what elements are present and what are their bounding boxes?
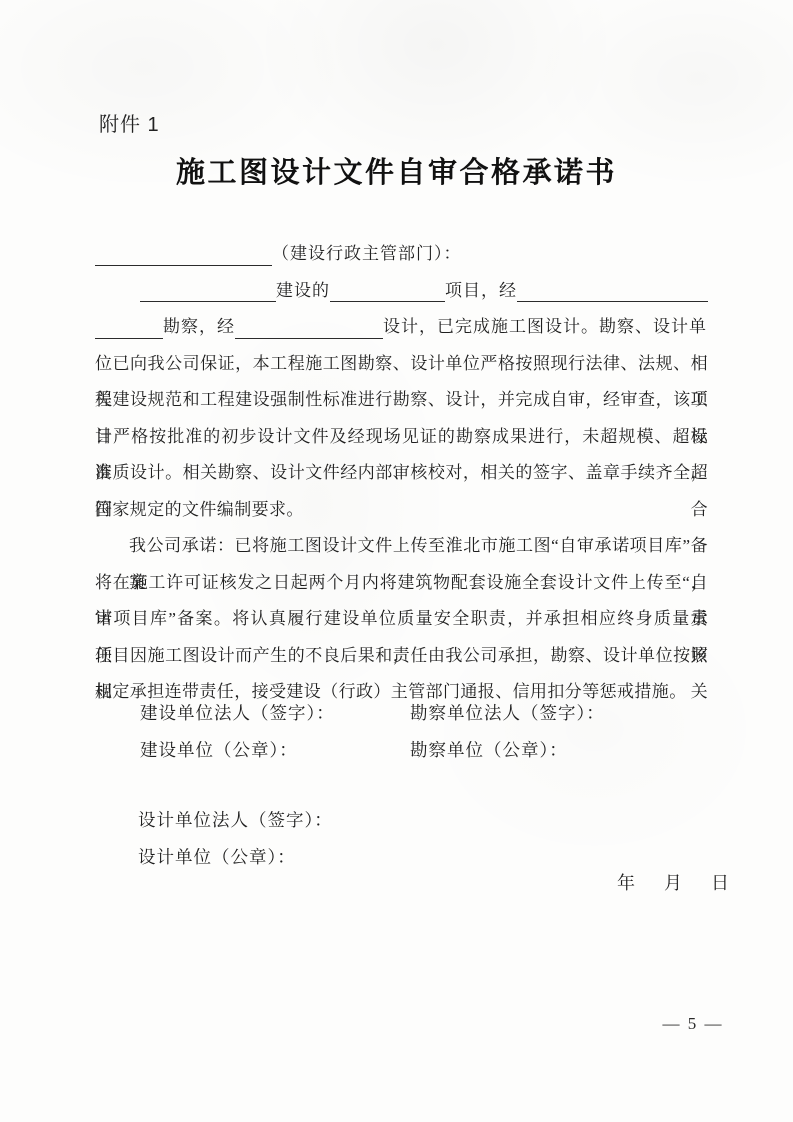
survey-by-label: 勘察，经 [163, 309, 235, 346]
authority-label: （建设行政主管部门）： [272, 236, 462, 273]
date-year-label: 年 [617, 869, 635, 895]
survey-blank-field [95, 338, 163, 339]
para1-line: 计严格按批准的初步设计文件及经现场见证的勘察成果进行，未超规模、超标准、超 [95, 419, 708, 456]
builder-legal-sign-label: 建设单位法人（签字）： [140, 700, 335, 725]
attachment-label: 附件 1 [99, 108, 160, 137]
survey-legal-sign-label: 勘察单位法人（签字）： [410, 700, 605, 725]
project-name-blank-field [330, 301, 445, 302]
builder-seal-label: 建设单位（公章）： [140, 737, 298, 762]
para1-line: 程建设规范和工程建设强制性标准进行勘察、设计，并完成自审，经审查，该项目设 [95, 382, 708, 419]
document-title: 施工图设计文件自审合格承诺书 [0, 150, 793, 191]
builder-name-blank-field [140, 301, 276, 302]
para1-line: 位已向我公司保证，本工程施工图勘察、设计单位严格按照现行法律、法规、相关工 [95, 346, 708, 383]
survey-unit-blank-field [517, 301, 708, 302]
date-day-label: 日 [711, 869, 729, 895]
para2-line: 我公司承诺：已将施工图设计文件上传至淮北市施工图“自审承诺项目库”备案， [95, 528, 708, 565]
design-unit-blank-field [235, 338, 383, 339]
form-line-authority: （建设行政主管部门）： [95, 236, 708, 273]
document-body: （建设行政主管部门）： 建设的项目，经 勘察，经设计，已完成施工图设计。勘察、设… [95, 236, 708, 711]
form-line-survey-design: 勘察，经设计，已完成施工图设计。勘察、设计单 [95, 309, 708, 346]
para1-line: 资质设计。相关勘察、设计文件经内部审核校对，相关的签字、盖章手续齐全，符合 [95, 455, 708, 492]
para2-line: 诺项目库”备案。将认真履行建设单位质量安全职责，并承担相应终身质量责任，该 [95, 601, 708, 638]
design-completed-label: 设计，已完成施工图设计。勘察、设计单 [383, 309, 707, 346]
page-number: — 5 — [638, 1014, 748, 1034]
date-month-label: 月 [664, 869, 682, 895]
design-legal-sign-label: 设计单位法人（签字）： [138, 807, 333, 832]
date-line: 年 月 日 [617, 869, 729, 895]
para2-line: 将在施工许可证核发之日起两个月内将建筑物配套设施全套设计文件上传至“自审承 [95, 565, 708, 602]
form-line-project: 建设的项目，经 [95, 273, 708, 310]
project-via-label: 项目，经 [445, 273, 517, 310]
built-by-label: 建设的 [276, 273, 330, 310]
design-seal-label: 设计单位（公章）： [138, 844, 296, 869]
scanned-document-page: 附件 1 施工图设计文件自审合格承诺书 （建设行政主管部门）： 建设的项目，经 … [0, 0, 793, 1122]
authority-blank-field [95, 265, 272, 266]
survey-seal-label: 勘察单位（公章）： [410, 737, 568, 762]
para2-line: 项目因施工图设计而产生的不良后果和责任由我公司承担，勘察、设计单位按照相关 [95, 638, 708, 675]
